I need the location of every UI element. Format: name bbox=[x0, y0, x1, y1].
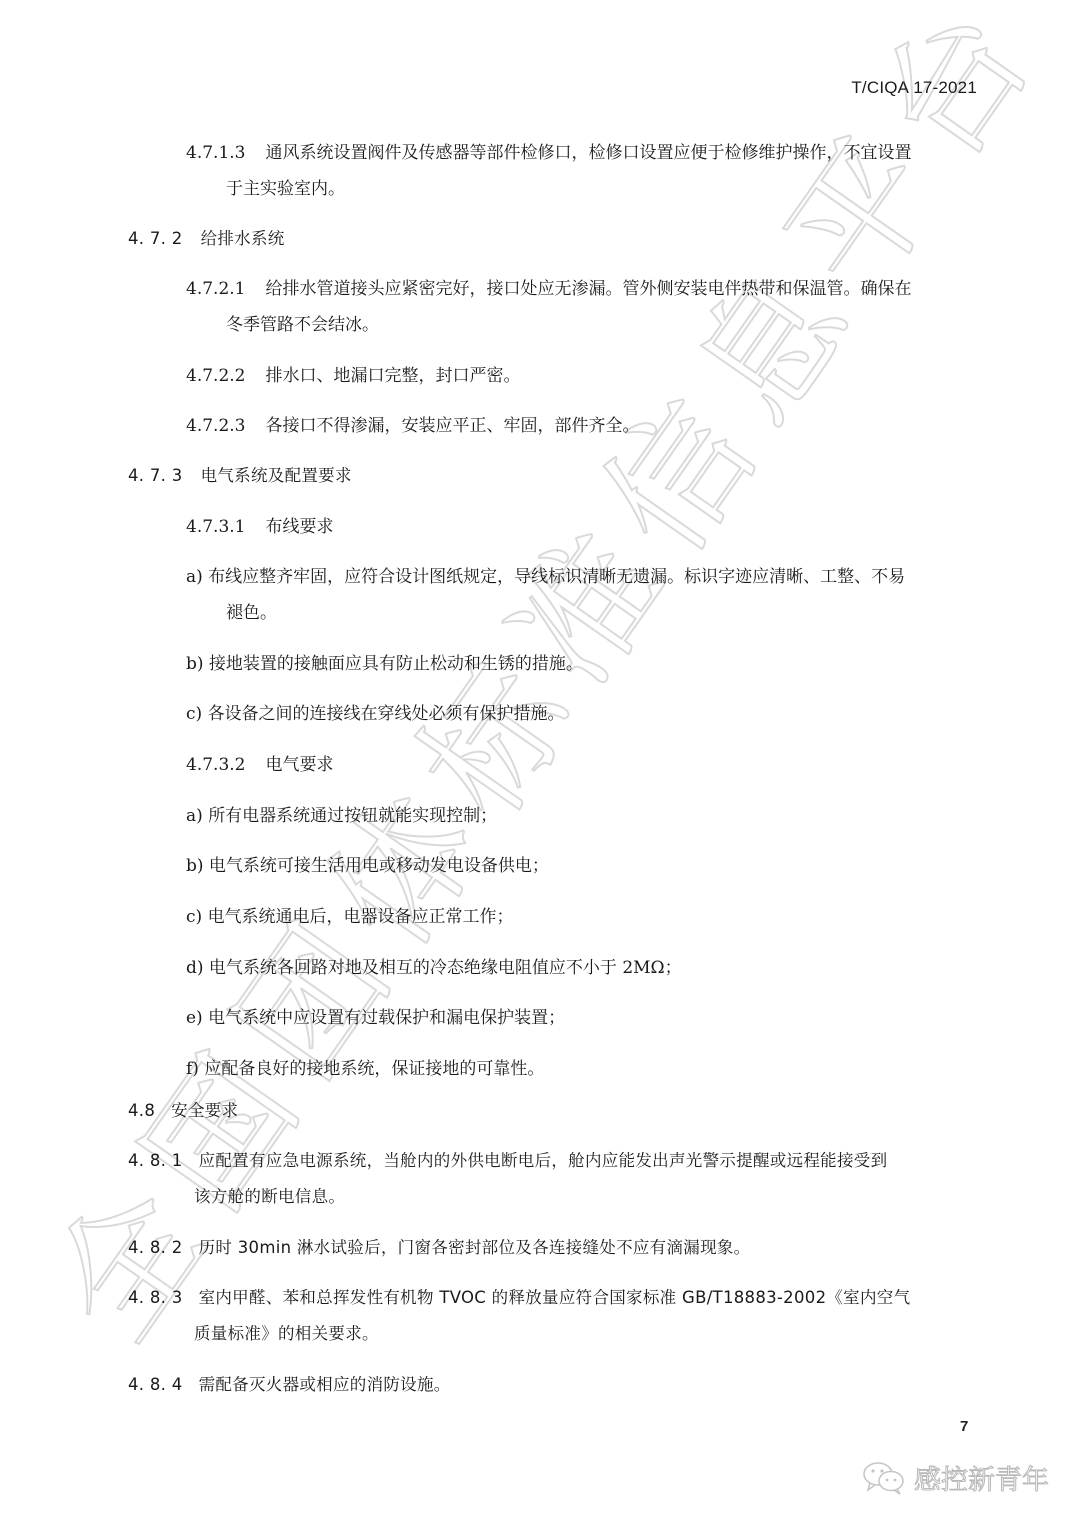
clause-number: 4.7.3.2 bbox=[186, 755, 245, 775]
section-4-8: 4.8安全要求 bbox=[128, 1100, 238, 1122]
clause-4-7-2-2: 4.7.2.2排水口、地漏口完整，封口严密。 bbox=[186, 365, 520, 387]
clause-number: 4.7.2.3 bbox=[186, 416, 245, 436]
standard-code: T/CIQA 17-2021 bbox=[851, 78, 977, 98]
section-number: 4. 7. 3 bbox=[128, 466, 183, 485]
clause-4-8-1: 4. 8. 1应配置有应急电源系统，当舱内的外供电断电后，舱内应能发出声光警示提… bbox=[128, 1150, 887, 1172]
clause-number: 4.7.2.2 bbox=[186, 366, 245, 386]
clause-4-8-1-cont: 该方舱的断电信息。 bbox=[194, 1186, 345, 1208]
electrical-item-c: c) 电气系统通电后，电器设备应正常工作； bbox=[186, 906, 514, 928]
item-label: c) bbox=[186, 704, 202, 724]
clause-number: 4.7.3.1 bbox=[186, 517, 245, 537]
clause-4-7-2-1: 4.7.2.1给排水管道接头应紧密完好，接口处应无渗漏。管外侧安装电伴热带和保温… bbox=[186, 278, 911, 300]
electrical-item-b: b) 电气系统可接生活用电或移动发电设备供电； bbox=[186, 855, 549, 877]
clause-number: 4. 8. 3 bbox=[128, 1288, 183, 1307]
clause-4-7-1-3: 4.7.1.3通风系统设置阀件及传感器等部件检修口，检修口设置应便于检修维护操作… bbox=[186, 142, 911, 164]
clause-text: 给排水管道接头应紧密完好，接口处应无渗漏。管外侧安装电伴热带和保温管。确保在 bbox=[265, 279, 911, 299]
clause-4-7-1-3-cont: 于主实验室内。 bbox=[226, 178, 345, 200]
clause-title: 电气要求 bbox=[265, 755, 333, 775]
item-label: d) bbox=[186, 958, 204, 978]
wiring-item-b: b) 接地装置的接触面应具有防止松动和生锈的措施。 bbox=[186, 653, 583, 675]
section-title: 给排水系统 bbox=[201, 229, 285, 248]
item-label: a) bbox=[186, 806, 203, 826]
document-page: 全国团体标准信息平台 T/CIQA 17-2021 4.7.1.3通风系统设置阀… bbox=[0, 0, 1080, 1528]
clause-text: 通风系统设置阀件及传感器等部件检修口，检修口设置应便于检修维护操作，不宜设置 bbox=[265, 143, 911, 163]
item-text: 布线应整齐牢固，应符合设计图纸规定，导线标识清晰无遗漏。标识字迹应清晰、工整、不… bbox=[208, 567, 905, 587]
clause-number: 4. 8. 2 bbox=[128, 1238, 183, 1257]
section-title: 电气系统及配置要求 bbox=[201, 466, 352, 485]
clause-4-8-2: 4. 8. 2历时 30min 淋水试验后，门窗各密封部位及各连接缝处不应有滴漏… bbox=[128, 1237, 750, 1259]
item-label: e) bbox=[186, 1008, 203, 1028]
electrical-item-f: f) 应配备良好的接地系统，保证接地的可靠性。 bbox=[186, 1058, 544, 1080]
item-text: 电气系统通电后，电器设备应正常工作； bbox=[208, 907, 514, 927]
clause-4-7-3-1: 4.7.3.1布线要求 bbox=[186, 516, 333, 538]
clause-text: 应配置有应急电源系统，当舱内的外供电断电后，舱内应能发出声光警示提醒或远程能接受… bbox=[199, 1151, 888, 1170]
wechat-icon bbox=[862, 1460, 906, 1496]
item-text: 所有电器系统通过按钮就能实现控制； bbox=[208, 806, 497, 826]
clause-number: 4.7.2.1 bbox=[186, 279, 245, 299]
clause-title: 布线要求 bbox=[265, 517, 333, 537]
electrical-item-a: a) 所有电器系统通过按钮就能实现控制； bbox=[186, 805, 497, 827]
item-text: 电气系统各回路对地及相互的冷态绝缘电阻值应不小于 2MΩ； bbox=[209, 958, 682, 978]
section-4-7-3: 4. 7. 3电气系统及配置要求 bbox=[128, 465, 352, 487]
item-label: b) bbox=[186, 654, 204, 674]
clause-4-8-3-cont: 质量标准》的相关要求。 bbox=[194, 1323, 379, 1345]
item-text: 各设备之间的连接线在穿线处必须有保护措施。 bbox=[208, 704, 565, 724]
wechat-account-badge: 感控新青年 bbox=[862, 1458, 1049, 1497]
section-number: 4. 7. 2 bbox=[128, 229, 183, 248]
clause-number: 4. 8. 1 bbox=[128, 1151, 183, 1170]
item-text: 电气系统可接生活用电或移动发电设备供电； bbox=[209, 856, 549, 876]
wiring-item-c: c) 各设备之间的连接线在穿线处必须有保护措施。 bbox=[186, 703, 565, 725]
item-label: c) bbox=[186, 907, 202, 927]
wechat-account-name: 感控新青年 bbox=[914, 1458, 1049, 1497]
item-text: 电气系统中应设置有过载保护和漏电保护装置； bbox=[208, 1008, 565, 1028]
item-label: f) bbox=[186, 1059, 199, 1079]
clause-4-7-3-2: 4.7.3.2电气要求 bbox=[186, 754, 333, 776]
clause-text: 室内甲醛、苯和总挥发性有机物 TVOC 的释放量应符合国家标准 GB/T1888… bbox=[199, 1288, 911, 1307]
electrical-item-e: e) 电气系统中应设置有过载保护和漏电保护装置； bbox=[186, 1007, 565, 1029]
clause-number: 4.7.1.3 bbox=[186, 143, 245, 163]
clause-text: 各接口不得渗漏，安装应平正、牢固，部件齐全。 bbox=[265, 416, 639, 436]
section-number: 4.8 bbox=[128, 1101, 155, 1120]
wiring-item-a-cont: 褪色。 bbox=[226, 602, 277, 624]
electrical-item-d: d) 电气系统各回路对地及相互的冷态绝缘电阻值应不小于 2MΩ； bbox=[186, 957, 682, 979]
item-text: 接地装置的接触面应具有防止松动和生锈的措施。 bbox=[209, 654, 583, 674]
clause-number: 4. 8. 4 bbox=[128, 1375, 183, 1394]
section-4-7-2: 4. 7. 2给排水系统 bbox=[128, 228, 285, 250]
item-label: a) bbox=[186, 567, 203, 587]
clause-text: 排水口、地漏口完整，封口严密。 bbox=[265, 366, 520, 386]
clause-4-8-3: 4. 8. 3室内甲醛、苯和总挥发性有机物 TVOC 的释放量应符合国家标准 G… bbox=[128, 1287, 910, 1309]
page-number: 7 bbox=[960, 1418, 968, 1435]
item-label: b) bbox=[186, 856, 204, 876]
clause-4-7-2-3: 4.7.2.3各接口不得渗漏，安装应平正、牢固，部件齐全。 bbox=[186, 415, 639, 437]
clause-4-7-2-1-cont: 冬季管路不会结冰。 bbox=[226, 314, 379, 336]
wiring-item-a: a) 布线应整齐牢固，应符合设计图纸规定，导线标识清晰无遗漏。标识字迹应清晰、工… bbox=[186, 566, 905, 588]
clause-text: 需配备灭火器或相应的消防设施。 bbox=[199, 1375, 451, 1394]
clause-4-8-4: 4. 8. 4需配备灭火器或相应的消防设施。 bbox=[128, 1374, 451, 1396]
clause-text: 历时 30min 淋水试验后，门窗各密封部位及各连接缝处不应有滴漏现象。 bbox=[199, 1238, 751, 1257]
item-text: 应配备良好的接地系统，保证接地的可靠性。 bbox=[204, 1059, 544, 1079]
section-title: 安全要求 bbox=[171, 1101, 238, 1120]
